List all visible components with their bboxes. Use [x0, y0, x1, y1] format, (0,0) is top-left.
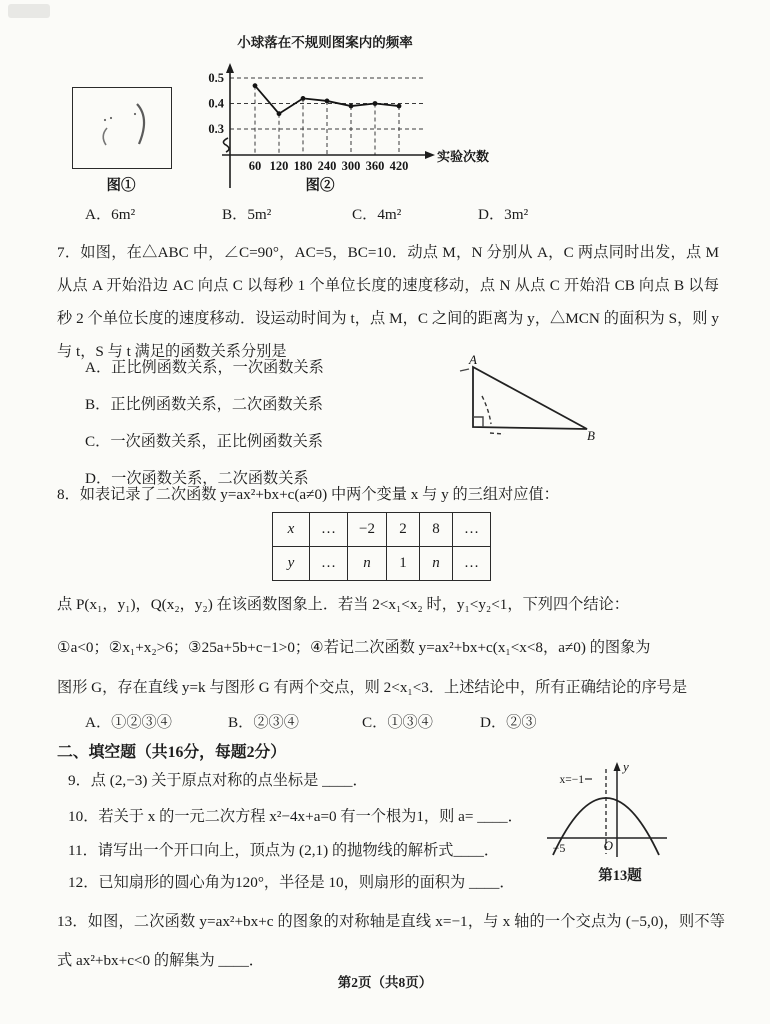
x-tick-label: 300 [342, 159, 361, 173]
scan-dash [490, 433, 504, 434]
question6-option-a: A．6m² [85, 204, 135, 225]
triangle-vertex-a-label: A [468, 352, 477, 367]
question7-option-a: A．正比例函数关系，一次函数关系 [85, 357, 324, 378]
question9-text: 9．点 (2,−3) 关于原点对称的点坐标是 ____． [68, 770, 368, 791]
figure1-dot [104, 119, 106, 121]
x-axis-arrow [425, 151, 435, 159]
question8-intro: 8．如表记录了二次函数 y=ax²+bx+c(a≠0) 中两个变量 x 与 y … [57, 484, 559, 505]
x-intercept-label: −5 [553, 841, 566, 855]
data-point [349, 104, 354, 109]
question13-text: 13．如图，二次函数 y=ax²+bx+c 的图象的对称轴是直线 x=−1，与 … [57, 902, 725, 980]
cell: n [348, 547, 387, 581]
figure1-dot [110, 117, 112, 119]
symmetry-line-label: x=−1 [560, 774, 585, 786]
data-point [253, 83, 258, 88]
question8-value-table: x … −2 2 8 … y … n 1 n … [272, 512, 491, 581]
cell: 2 [387, 513, 420, 547]
x-tick-label: 120 [270, 159, 289, 173]
y-axis-label: y [621, 759, 629, 774]
cell: … [453, 513, 491, 547]
y-axis-arrow [226, 63, 234, 73]
y-tick-label: 0.4 [208, 97, 224, 111]
question11-text: 11．请写出一个开口向上，顶点为 (2,1) 的抛物线的解析式____． [68, 840, 499, 861]
y-tick-label: 0.5 [208, 71, 224, 85]
data-point [325, 99, 330, 104]
question7-option-b: B．正比例函数关系，二次函数关系 [85, 394, 323, 415]
cell: … [310, 513, 348, 547]
section2-header: 二、填空题（共16分，每题2分） [57, 742, 286, 764]
exam-page: 小球落在不规则图案内的频率 图① 0.30.40.560120180240300… [0, 0, 770, 1024]
question8-option-d: D．②③ [480, 712, 537, 733]
question8-conclusions-2: 图形 G，存在直线 y=k 与图形 G 有两个交点，则 2<x₁<3．上述结论中… [57, 677, 687, 698]
x-tick-label: 420 [390, 159, 409, 173]
triangle-outline [473, 367, 587, 429]
data-point [397, 104, 402, 109]
table-row-x: x … −2 2 8 … [273, 513, 491, 547]
x-tick-label: 240 [318, 159, 337, 173]
cell-y-header: y [273, 547, 310, 581]
page-footer: 第2页（共8页） [0, 974, 770, 993]
origin-label: O [604, 838, 614, 853]
question13-parabola-figure: x=−1 y O −5 [545, 757, 675, 862]
question7-text: 7．如图，在△ABC 中，∠C=90°，AC=5，BC=10．动点 M，N 分别… [57, 236, 719, 368]
scan-smudge [8, 4, 50, 18]
question8-option-c: C．①③④ [362, 712, 433, 733]
figure1-label: 图① [72, 176, 170, 196]
axis-break [223, 138, 229, 152]
x-axis-title: 实验次数 [437, 149, 489, 164]
question7-triangle-figure: A B [460, 354, 600, 442]
question13-figure-caption: 第13题 [560, 866, 680, 886]
y-axis-arrow [614, 762, 621, 771]
question8-conclusions-1: ①a<0；②x₁+x₂>6；③25a+5b+c−1>0；④若记二次函数 y=ax… [57, 637, 650, 658]
triangle-vertex-b-label: B [587, 428, 595, 443]
question10-text: 10．若关于 x 的一元二次方程 x²−4x+a=0 有一个根为1，则 a= _… [68, 806, 523, 827]
question8-condition: 点 P(x₁，y₁)，Q(x₂，y₂) 在该函数图象上．若当 2<x₁<x₂ 时… [57, 594, 629, 615]
x-tick-label: 180 [294, 159, 313, 173]
figure1-left-arc [103, 128, 107, 145]
table-row-y: y … n 1 n … [273, 547, 491, 581]
data-point [373, 101, 378, 106]
x-tick-label: 60 [249, 159, 262, 173]
data-point [301, 96, 306, 101]
question12-text: 12．已知扇形的圆心角为120°，半径是 10，则扇形的面积为 ____． [68, 872, 515, 893]
cell: … [310, 547, 348, 581]
figure1-dot [134, 113, 136, 115]
cell-x-header: x [273, 513, 310, 547]
x-tick-label: 360 [366, 159, 385, 173]
cell: −2 [348, 513, 387, 547]
figure1-irregular-shape [72, 87, 172, 169]
y-tick-label: 0.3 [208, 122, 224, 136]
question6-option-c: C．4m² [352, 204, 401, 225]
question7-option-c: C．一次函数关系，正比例函数关系 [85, 431, 323, 452]
right-angle-mark [473, 417, 483, 427]
scan-dash [460, 369, 469, 371]
cell: 8 [420, 513, 453, 547]
figure1-right-arc [137, 104, 144, 144]
cell: 1 [387, 547, 420, 581]
figure1-arcs [73, 88, 171, 168]
cell: … [453, 547, 491, 581]
question8-option-a: A．①②③④ [85, 712, 172, 733]
question8-option-b: B．②③④ [228, 712, 299, 733]
figure2-label: 图② [270, 176, 370, 196]
question6-option-b: B．5m² [222, 204, 271, 225]
question6-option-d: D．3m² [478, 204, 528, 225]
data-point [277, 111, 282, 116]
cell: n [420, 547, 453, 581]
